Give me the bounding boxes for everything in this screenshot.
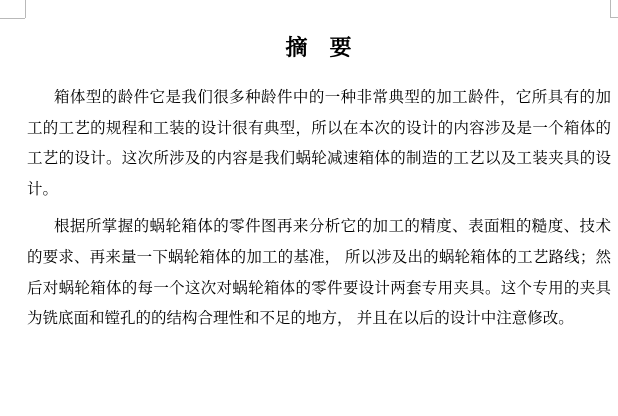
margin-crop-mark-top-right-horizontal [610,17,618,18]
margin-crop-mark-top-left-vertical [25,0,26,18]
document-page: 摘 要 箱体型的龄件它是我们很多种龄件中的一种非常典型的加工龄件，它所具有的加工… [0,0,618,416]
abstract-paragraph-2: 根据所掌握的蜗轮箱体的零件图再来分析它的加工的精度、表面粗的糙度、技术的要求、再… [27,212,611,334]
margin-crop-mark-top-left-horizontal [0,18,25,19]
abstract-body: 箱体型的龄件它是我们很多种龄件中的一种非常典型的加工龄件，它所具有的加工的工艺的… [27,83,611,335]
abstract-paragraph-1: 箱体型的龄件它是我们很多种龄件中的一种非常典型的加工龄件，它所具有的加工的工艺的… [27,83,611,205]
margin-crop-mark-top-right-vertical [610,0,611,17]
abstract-title: 摘 要 [27,33,610,63]
